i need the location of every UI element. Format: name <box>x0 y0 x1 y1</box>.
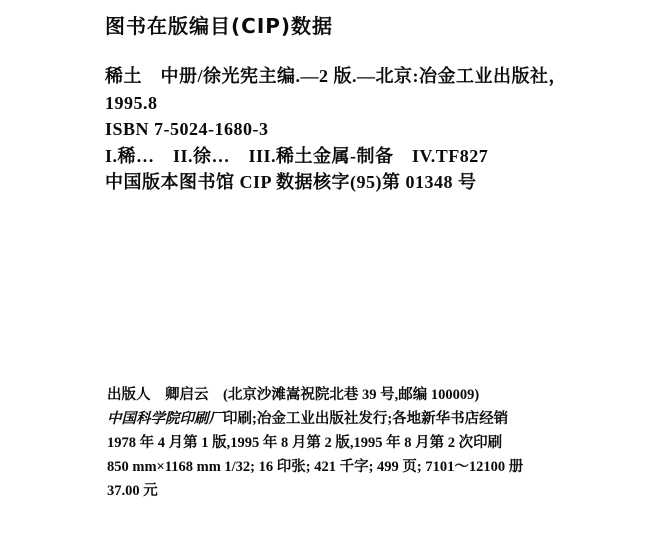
edition-printing-line: 1978 年 4 月第 1 版,1995 年 8 月第 2 版,1995 年 8… <box>107 431 607 455</box>
cip-year-line: 1995.8 <box>105 90 605 117</box>
publisher-line: 出版人 卿启云 (北京沙滩嵩祝院北巷 39 号,邮编 100009) <box>107 383 607 407</box>
cip-classification-line: I.稀… II.徐… III.稀土金属-制备 IV.TF827 <box>105 143 605 170</box>
printer-distribution-line: 中国科学院印刷厂印刷;冶金工业出版社发行;各地新华书店经销 <box>107 407 607 431</box>
colophon-block: 出版人 卿启云 (北京沙滩嵩祝院北巷 39 号,邮编 100009) 中国科学院… <box>107 383 607 503</box>
cip-record-number-line: 中国版本图书馆 CIP 数据核字(95)第 01348 号 <box>105 169 605 196</box>
cip-title-line: 稀土 中册/徐光宪主编.—2 版.—北京:冶金工业出版社， <box>105 63 605 90</box>
scanned-book-page: 图书在版编目(CIP)数据 稀土 中册/徐光宪主编.—2 版.—北京:冶金工业出… <box>0 0 657 541</box>
cip-heading: 图书在版编目(CIP)数据 <box>105 10 605 39</box>
format-specs-line: 850 mm×1168 mm 1/32; 16 印张; 421 千字; 499 … <box>107 455 607 479</box>
price-line: 37.00 元 <box>107 479 607 503</box>
cip-data-block: 图书在版编目(CIP)数据 稀土 中册/徐光宪主编.—2 版.—北京:冶金工业出… <box>105 10 605 196</box>
cip-isbn-line: ISBN 7-5024-1680-3 <box>105 116 605 143</box>
printer-distribution-rest: 印刷;冶金工业出版社发行;各地新华书店经销 <box>223 411 508 427</box>
printer-name: 中国科学院印刷厂 <box>107 411 223 427</box>
